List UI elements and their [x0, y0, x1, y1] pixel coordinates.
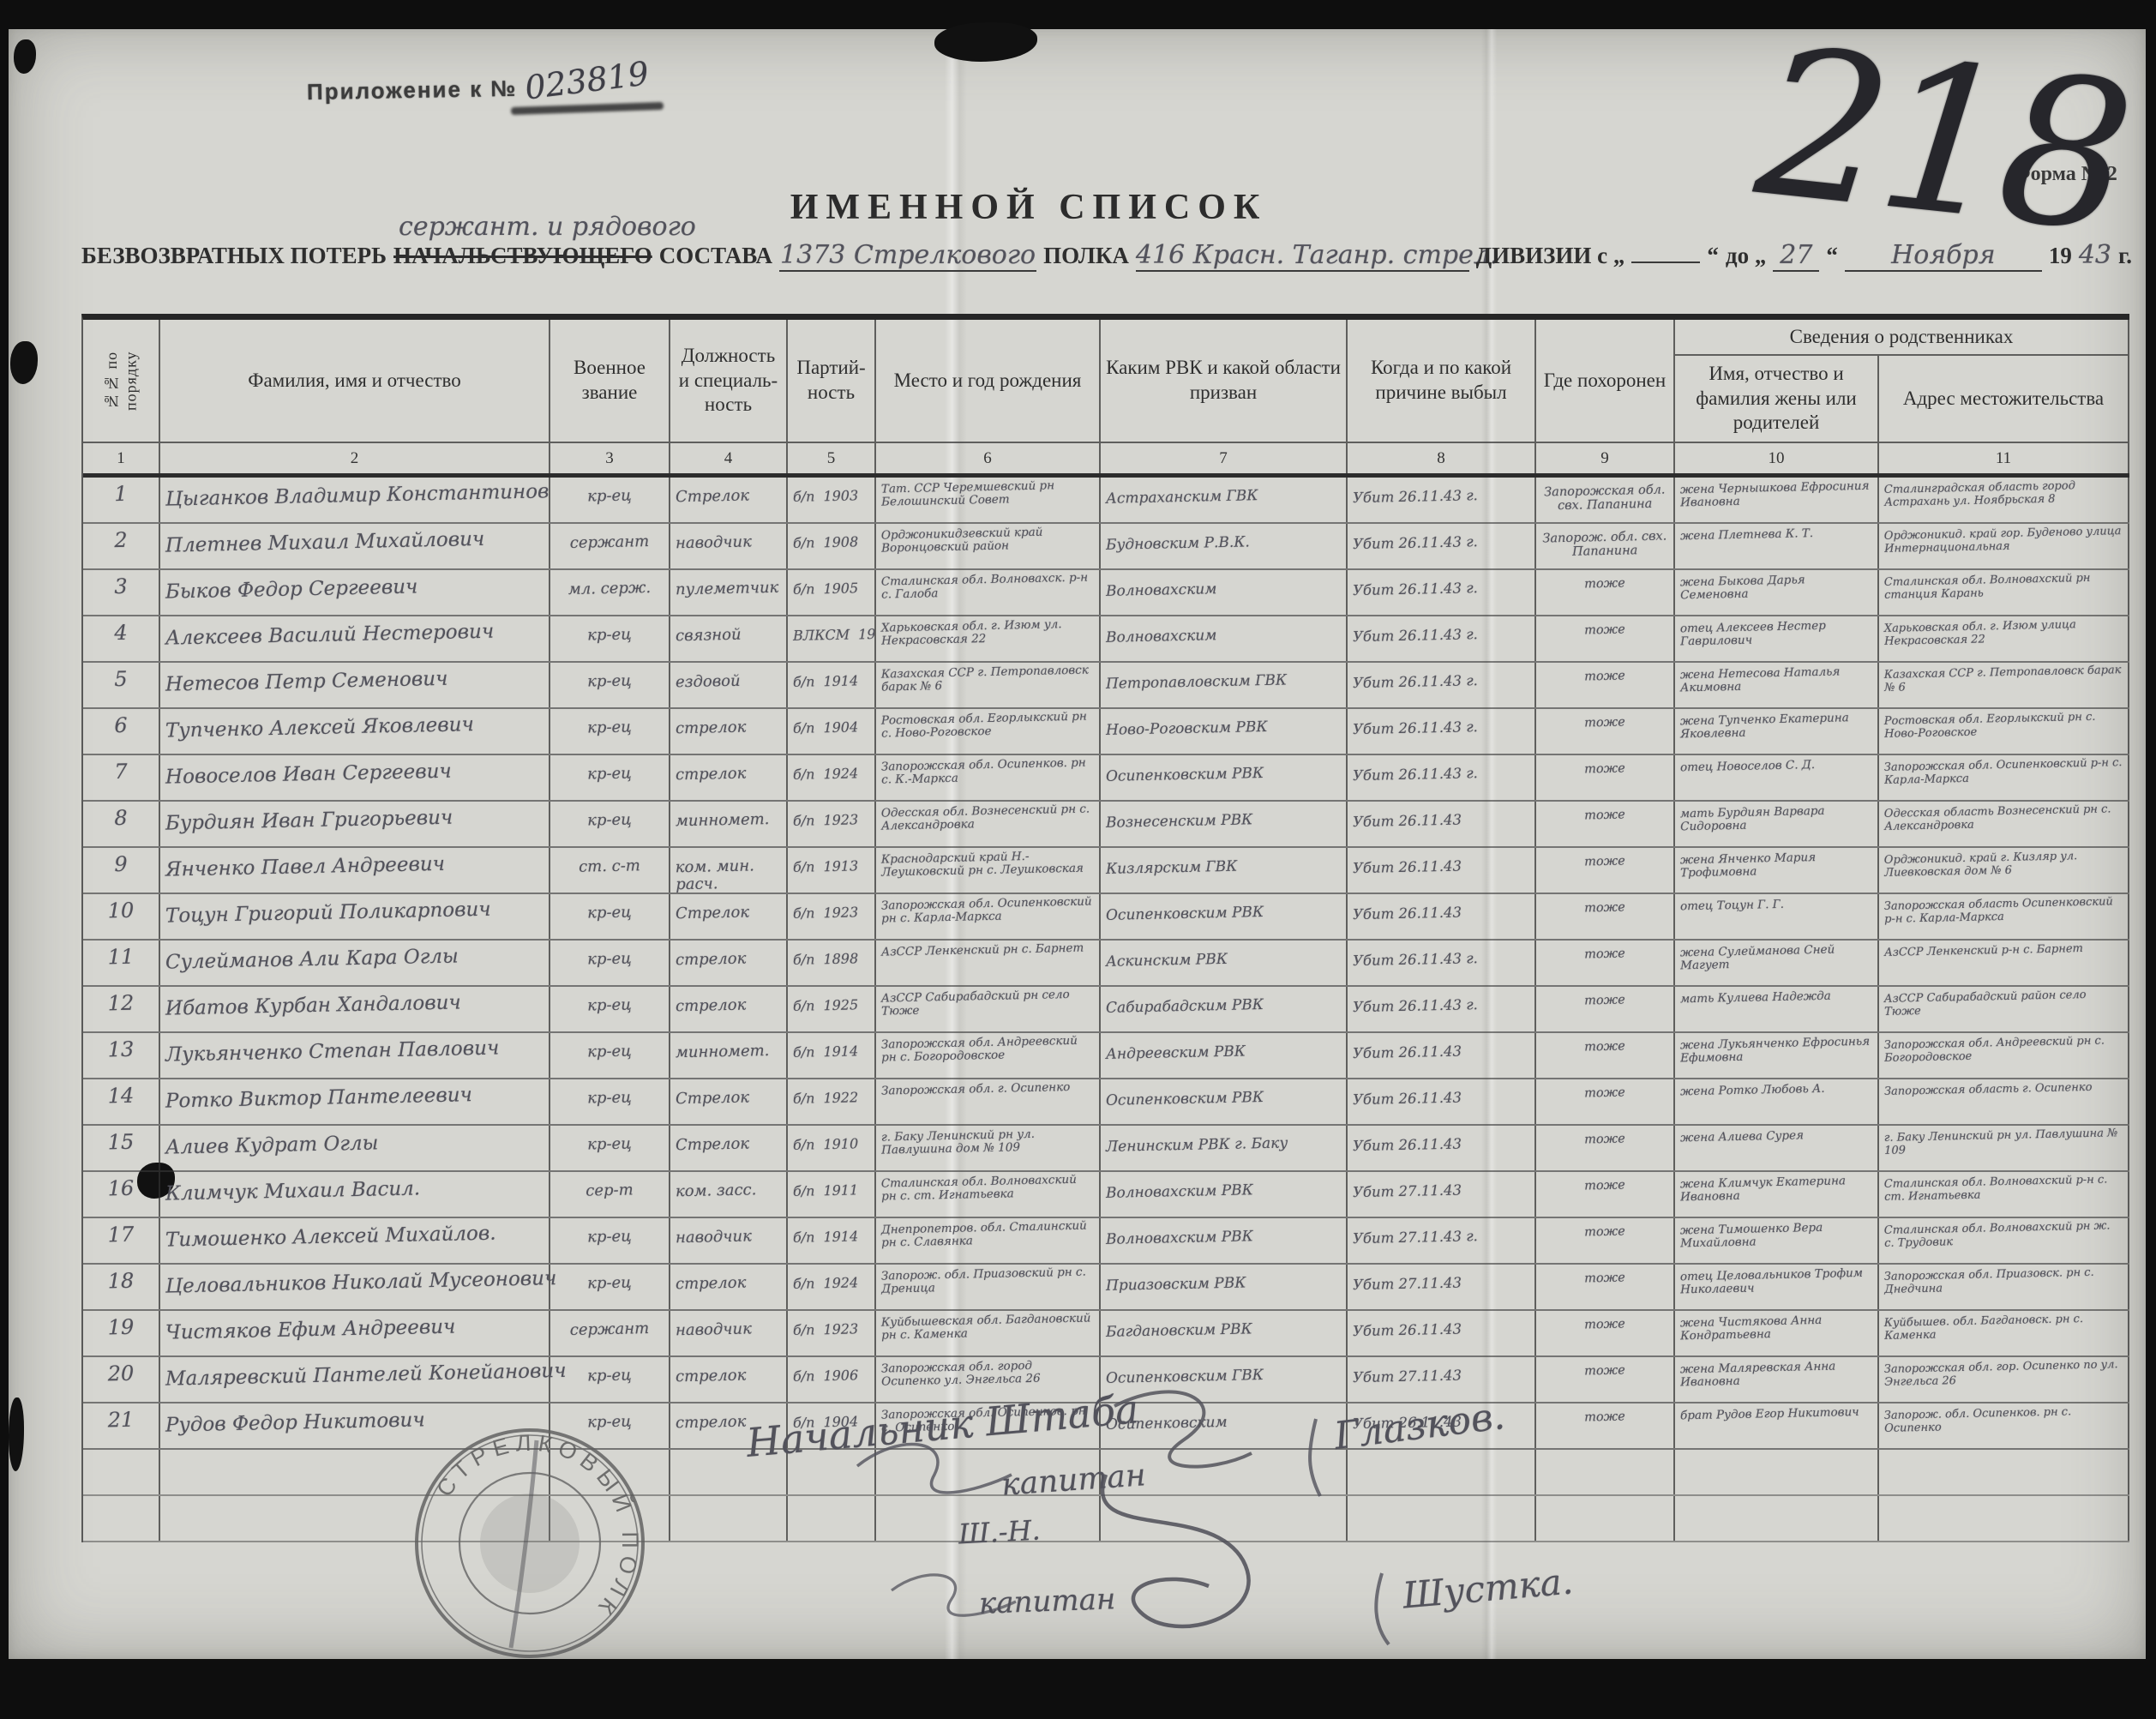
cell-party-year: б/п 1905 [788, 570, 876, 615]
cell-name: Бурдиян Иван Григорьевич [160, 802, 550, 846]
cell-party-year: б/п 1903 [788, 478, 876, 522]
cell-kin: мать Кулиева Надежда [1675, 987, 1879, 1031]
cell-fate: Убит 26.11.43 [1348, 848, 1536, 893]
division-handwritten: 416 Красн. Таганр. стрел. [1136, 240, 1469, 272]
cell-rank: кр-ец [550, 1079, 670, 1124]
cell-fate: Убит 26.11.43 [1348, 1033, 1536, 1078]
cell-name: Янченко Павел Андреевич [160, 848, 550, 893]
subtitle-to: до „ [1726, 243, 1766, 269]
cell-rank: мл. серж. [550, 570, 670, 615]
table-row: 8 Бурдиян Иван Григорьевич кр-ец минноме… [83, 802, 2129, 848]
cell-row-number: 8 [83, 802, 160, 846]
regiment-round-stamp: СТРЕЛКОВЫЙ ПОЛК [401, 1415, 658, 1672]
cell-grave: тоже [1536, 987, 1675, 1031]
cell-birthplace: Сталинская обл. Волновахск. р-н с. Галоб… [876, 570, 1101, 615]
cell-rank: кр-ец [550, 616, 670, 661]
cell-kin: жена Сулейманова Сней Магует [1675, 941, 1879, 985]
col-number: 10 [1675, 443, 1879, 473]
cell-party-year: б/п 1913 [788, 848, 876, 893]
cell-fate: Убит 26.11.43 г. [1348, 709, 1536, 754]
table-row: 17 Тимошенко Алексей Михайлов. кр-ец нав… [83, 1218, 2129, 1265]
cell-fate: Убит 26.11.43 [1348, 1126, 1536, 1170]
cell-birthplace: Запорожская обл. Осипенковский рн с. Кар… [876, 894, 1101, 939]
cell-name: Тупченко Алексей Яковлевич [160, 709, 550, 754]
cell-party-year: б/п 1924 [788, 1265, 876, 1309]
cell-duty: стрелок [670, 1265, 788, 1309]
cell-name: Плетнев Михаил Михайлович [160, 524, 550, 568]
cell-party-year: б/п 1910 [788, 1126, 876, 1170]
cell-rank: ст. с-т [550, 848, 670, 893]
cell-party-year: б/п 1911 [788, 1172, 876, 1217]
cell-duty: Стрелок [670, 478, 788, 522]
table-row: 11 Сулейманов Али Кара Оглы кр-ец стрело… [83, 941, 2129, 987]
cell-duty: Стрелок [670, 1079, 788, 1124]
subtitle-division: ДИВИЗИИ с „ [1476, 243, 1625, 269]
cell-row-number: 13 [83, 1033, 160, 1078]
cell-row-number: 6 [83, 709, 160, 754]
cell-kin: жена Нетесова Наталья Акимовна [1675, 663, 1879, 707]
cell-duty: ездовой [670, 663, 788, 707]
cell-party-year: ВЛКСМ 1924 [788, 616, 876, 661]
cell-rvk: Волновахским [1101, 570, 1348, 615]
cell-birthplace: г. Баку Ленинский рн ул. Павлушина дом №… [876, 1126, 1101, 1170]
cell-address: Запорожская обл. гор. Осипенко по ул. Эн… [1879, 1357, 2129, 1402]
col-number: 5 [788, 443, 876, 473]
col-number: 4 [670, 443, 788, 473]
cell-fate: Убит 26.11.43 г. [1348, 941, 1536, 985]
cell-rvk: Андреевским РВК [1101, 1033, 1348, 1078]
cell-fate: Убит 26.11.43 г. [1348, 570, 1536, 615]
table-row: 16 Климчук Михаил Васил. сер-т ком. засс… [83, 1172, 2129, 1218]
cell-kin: отец Новоселов С. Д. [1675, 755, 1879, 800]
subtitle-polka: ПОЛКА [1043, 243, 1129, 269]
cell-duty: связной [670, 616, 788, 661]
cell-address: Харьковская обл. г. Изюм улица Некрасовс… [1879, 616, 2129, 661]
cell-grave: Запорож. обл. свх. Папанина [1536, 524, 1675, 568]
cell-rvk: Кизлярским ГВК [1101, 848, 1348, 893]
cell-address: Куйбышев. обл. Багдановск. рн с. Каменка [1879, 1311, 2129, 1355]
cell-row-number: 19 [83, 1311, 160, 1355]
page-number: 218 [1750, 26, 2132, 256]
table-row: 10 Тоцун Григорий Поликарпович кр-ец Стр… [83, 894, 2129, 941]
cell-duty: Стрелок [670, 1126, 788, 1170]
cell-address: г. Баку Ленинский рн ул. Павлушина № 109 [1879, 1126, 2129, 1170]
cell-kin: жена Чернышкова Ефросиния Ивановна [1675, 478, 1879, 522]
cell-address: Казахская ССР г. Петропавловск барак № 6 [1879, 663, 2129, 707]
cell-duty [670, 1496, 788, 1541]
table-row: 12 Ибатов Курбан Хандалович кр-ец стрело… [83, 987, 2129, 1033]
cell-kin: отец Целовальников Трофим Николаевич [1675, 1265, 1879, 1309]
chief-initials: Ш.-Н. [958, 1514, 1041, 1551]
cell-kin: отец Алексеев Нестер Гаврилович [1675, 616, 1879, 661]
cell-address: Запорож. обл. Осипенков. рн с. Осипенко [1879, 1403, 2129, 1448]
cell-row-number: 12 [83, 987, 160, 1031]
cell-name: Целовальников Николай Мусеонович [160, 1265, 550, 1309]
cell-name: Алиев Кудрат Оглы [160, 1126, 550, 1170]
cell-address: Запорожская область Осипенковский р-н с.… [1879, 894, 2129, 939]
cell-rvk: Багдановским РВК [1101, 1311, 1348, 1355]
cell-kin: жена Климчук Екатерина Ивановна [1675, 1172, 1879, 1217]
cell-kin: жена Тимошенко Вера Михайловна [1675, 1218, 1879, 1263]
cell-duty: пулеметчик [670, 570, 788, 615]
cell-grave: тоже [1536, 755, 1675, 800]
cell-name: Тимошенко Алексей Михайлов. [160, 1218, 550, 1263]
cell-row-number [83, 1496, 160, 1541]
cell-birthplace: Тат. ССР Черемшевский рн Белошинский Сов… [876, 478, 1101, 522]
cell-address [1879, 1450, 2129, 1494]
col-number: 3 [550, 443, 670, 473]
cell-party-year: б/п 1904 [788, 709, 876, 754]
cell-grave: Запорожская обл. свх. Папанина [1536, 478, 1675, 522]
cell-row-number: 3 [83, 570, 160, 615]
cell-kin: жена Ротко Любовь А. [1675, 1079, 1879, 1124]
cell-name: Нетесов Петр Семенович [160, 663, 550, 707]
cell-name: Чистяков Ефим Андреевич [160, 1311, 550, 1355]
table-row: 18 Целовальников Николай Мусеонович кр-е… [83, 1265, 2129, 1311]
cell-kin: жена Плетнева К. Т. [1675, 524, 1879, 568]
cell-rank: кр-ец [550, 987, 670, 1031]
cell-duty: ком. засс. [670, 1172, 788, 1217]
cell-birthplace: АзССР Ленкенский рн с. Барнет [876, 941, 1101, 985]
col-number: 9 [1536, 443, 1675, 473]
cell-grave: тоже [1536, 1311, 1675, 1355]
cell-row-number: 20 [83, 1357, 160, 1402]
cell-fate: Убит 26.11.43 г. [1348, 616, 1536, 661]
table-row: 7 Новоселов Иван Сергеевич кр-ец стрелок… [83, 755, 2129, 802]
cell-grave [1536, 1496, 1675, 1541]
cell-row-number: 16 [83, 1172, 160, 1217]
header-cell-kin: Имя, отчество и фамилия жены или родител… [1675, 356, 1879, 442]
cell-grave: тоже [1536, 941, 1675, 985]
cell-birthplace: Краснодарский край Н.-Леушковский рн с. … [876, 848, 1101, 893]
cell-duty: стрелок [670, 755, 788, 800]
cell-fate: Убит 27.11.43 [1348, 1172, 1536, 1217]
cell-duty: наводчик [670, 1218, 788, 1263]
table-row: 2 Плетнев Михаил Михайлович сержант наво… [83, 524, 2129, 570]
header-cell-num: №№ по порядку [83, 320, 160, 442]
cell-party-year: б/п 1923 [788, 894, 876, 939]
cell-birthplace: Ростовская обл. Егорлыкский рн с. Ново-Р… [876, 709, 1101, 754]
cell-row-number: 9 [83, 848, 160, 893]
cell-name: Лукьянченко Степан Павлович [160, 1033, 550, 1078]
cell-duty: наводчик [670, 524, 788, 568]
cell-fate: Убит 27.11.43 [1348, 1265, 1536, 1309]
cell-name: Быков Федор Сергеевич [160, 570, 550, 615]
cell-name: Алексеев Василий Нестерович [160, 616, 550, 661]
cell-rank: кр-ец [550, 663, 670, 707]
struck-word-wrap: НАЧАЛЬСТВУЮЩЕГО сержант. и рядового [393, 243, 652, 269]
cell-name: Ибатов Курбан Хандалович [160, 987, 550, 1031]
cell-address: Сталинская обл. Волновахский рн станция … [1879, 570, 2129, 615]
cell-kin [1675, 1450, 1879, 1494]
cell-kin: мать Бурдиян Варвара Сидоровна [1675, 802, 1879, 846]
cell-kin: отец Тоцун Г. Г. [1675, 894, 1879, 939]
header-cell-name: Фамилия, имя и отчество [160, 320, 550, 442]
cell-duty: стрелок [670, 987, 788, 1031]
cell-row-number: 2 [83, 524, 160, 568]
cell-grave: тоже [1536, 1403, 1675, 1448]
scanned-document: Приложение к № 023819 ИМЕННОЙ СПИСОК Фор… [0, 0, 2156, 1719]
cell-rvk: Астраханским ГВК [1101, 478, 1348, 522]
cell-address: Сталинградская область город Астрахань у… [1879, 478, 2129, 522]
subtitle-lead: БЕЗВОЗВРАТНЫХ ПОТЕРЬ [81, 243, 387, 269]
cell-address: Ростовская обл. Егорлыкский рн с. Ново-Р… [1879, 709, 2129, 754]
cell-rvk: Волновахским РВК [1101, 1218, 1348, 1263]
cell-rank: кр-ец [550, 1357, 670, 1402]
cell-rank: кр-ец [550, 1126, 670, 1170]
cell-row-number: 18 [83, 1265, 160, 1309]
cell-address: Запорожская обл. Андреевский рн с. Богор… [1879, 1033, 2129, 1078]
table-row: 3 Быков Федор Сергеевич мл. серж. пулеме… [83, 570, 2129, 616]
cell-duty: минномет. [670, 1033, 788, 1078]
blank-from-date [1631, 261, 1700, 263]
cell-duty: минномет. [670, 802, 788, 846]
cell-birthplace: Казахская ССР г. Петропавловск барак № 6 [876, 663, 1101, 707]
header-relatives-group-label: Сведения о родственниках [1675, 320, 2129, 356]
cell-party-year: б/п 1925 [788, 987, 876, 1031]
regiment-handwritten: 1373 Стрелкового [779, 240, 1036, 272]
subtitle-quote: “ [1707, 243, 1719, 269]
cell-address: Одесская область Вознесенский рн с. Алек… [1879, 802, 2129, 846]
cell-party-year: б/п 1923 [788, 802, 876, 846]
cell-duty: Стрелок [670, 894, 788, 939]
cell-rvk: Вознесенским РВК [1101, 802, 1348, 846]
cell-grave: тоже [1536, 1218, 1675, 1263]
subtitle-year-suffix: г. [2118, 243, 2132, 269]
cell-birthplace: Одесская обл. Вознесенский рн с. Алексан… [876, 802, 1101, 846]
cell-rank: кр-ец [550, 478, 670, 522]
cell-birthplace: Орджоникидзевский край Воронцовский райо… [876, 524, 1101, 568]
cell-fate: Убит 26.11.43 г. [1348, 524, 1536, 568]
cell-fate: Убит 26.11.43 [1348, 894, 1536, 939]
cell-duty: стрелок [670, 941, 788, 985]
cell-rvk: Осипенковским РВК [1101, 894, 1348, 939]
cell-rank: кр-ец [550, 894, 670, 939]
scan-edge-left [0, 0, 9, 1719]
table-row: 4 Алексеев Василий Нестерович кр-ец связ… [83, 616, 2129, 663]
attachment-stamp: Приложение к № [307, 75, 518, 105]
cell-address: Сталинская обл. Волновахский рн ж. с. Тр… [1879, 1218, 2129, 1263]
cell-party-year: б/п 1908 [788, 524, 876, 568]
cell-rvk: Волновахским РВК [1101, 1172, 1348, 1217]
cell-rank: кр-ец [550, 709, 670, 754]
header-cell-grave: Где похоронен [1536, 320, 1675, 442]
table-row: 1 Цыганков Владимир Константинов кр-ец С… [83, 478, 2129, 524]
cell-grave: тоже [1536, 848, 1675, 893]
cell-address: АзССР Ленкенский р-н с. Барнет [1879, 941, 2129, 985]
header-cell-rank: Военное звание [550, 320, 670, 442]
cell-kin: жена Алиева Сурея [1675, 1126, 1879, 1170]
cell-duty: наводчик [670, 1311, 788, 1355]
cell-rvk: Будновским Р.В.К. [1101, 524, 1348, 568]
cell-row-number: 10 [83, 894, 160, 939]
cell-party-year: б/п 1924 [788, 755, 876, 800]
cell-birthplace: Запорож. обл. Приазовский рн с. Дреница [876, 1265, 1101, 1309]
cell-party-year: б/п 1898 [788, 941, 876, 985]
col-number: 2 [160, 443, 550, 473]
column-numbers-row: 1 2 3 4 5 6 7 8 9 10 11 [83, 443, 2129, 478]
cell-grave: тоже [1536, 802, 1675, 846]
cell-rvk: Петропавловским ГВК [1101, 663, 1348, 707]
cell-rank: кр-ец [550, 802, 670, 846]
scan-edge-right [2146, 0, 2156, 1719]
cell-fate: Убит 26.11.43 г. [1348, 663, 1536, 707]
cell-grave: тоже [1536, 1033, 1675, 1078]
cell-birthplace: Запорожская обл. г. Осипенко [876, 1079, 1101, 1124]
cell-party-year: б/п 1923 [788, 1311, 876, 1355]
cell-grave: тоже [1536, 1172, 1675, 1217]
cell-duty: стрелок [670, 1357, 788, 1402]
cell-rank: кр-ец [550, 755, 670, 800]
cell-name: Цыганков Владимир Константинов [160, 478, 550, 522]
cell-rank: сержант [550, 524, 670, 568]
cell-address: АзССР Сабирабадский район село Тюже [1879, 987, 2129, 1031]
cell-grave: тоже [1536, 1126, 1675, 1170]
casualty-table: №№ по порядку Фамилия, имя и отчество Во… [81, 314, 2129, 1542]
cell-name: Маляревский Пантелей Конейанович [160, 1357, 550, 1402]
cell-kin: жена Тупченко Екатерина Яковлевна [1675, 709, 1879, 754]
cell-fate: Убит 26.11.43 [1348, 1079, 1536, 1124]
col-number: 7 [1101, 443, 1348, 473]
header-cell-fate: Когда и по какой причине выбыл [1348, 320, 1536, 442]
cell-party-year: б/п 1914 [788, 663, 876, 707]
cell-row-number: 5 [83, 663, 160, 707]
cell-address: Орджоникид. край г. Кизляр ул. Лиевковск… [1879, 848, 2129, 893]
cell-birthplace: Сталинская обл. Волновахский рн с. ст. И… [876, 1172, 1101, 1217]
header-cell-rvk: Каким РВК и какой области призван [1101, 320, 1348, 442]
cell-rvk: Ленинским РВК г. Баку [1101, 1126, 1348, 1170]
cell-grave: тоже [1536, 1265, 1675, 1309]
cell-duty: стрелок [670, 709, 788, 754]
table-row: 14 Ротко Виктор Пантелеевич кр-ец Стрело… [83, 1079, 2129, 1126]
cell-party-year: б/п 1914 [788, 1218, 876, 1263]
cell-row-number: 17 [83, 1218, 160, 1263]
cell-address: Запорожская обл. Осипенковский р-н с. Ка… [1879, 755, 2129, 800]
table-header: №№ по порядку Фамилия, имя и отчество Во… [83, 320, 2129, 443]
col-number: 11 [1879, 443, 2129, 473]
header-cell-party: Партий- ность [788, 320, 876, 442]
cell-grave: тоже [1536, 894, 1675, 939]
cell-fate: Убит 26.11.43 г. [1348, 478, 1536, 522]
cell-rvk: Осипенковским РВК [1101, 1079, 1348, 1124]
cell-rank: сержант [550, 1311, 670, 1355]
cell-row-number: 11 [83, 941, 160, 985]
cell-grave: тоже [1536, 663, 1675, 707]
table-row: 15 Алиев Кудрат Оглы кр-ец Стрелок б/п 1… [83, 1126, 2129, 1172]
cell-name: Климчук Михаил Васил. [160, 1172, 550, 1217]
cell-rvk: Сабирабадским РВК [1101, 987, 1348, 1031]
cell-grave: тоже [1536, 616, 1675, 661]
table-row: 13 Лукьянченко Степан Павлович кр-ец мин… [83, 1033, 2129, 1079]
cell-row-number: 21 [83, 1403, 160, 1448]
cell-address [1879, 1496, 2129, 1541]
cell-rvk: Ново-Роговским РВК [1101, 709, 1348, 754]
cell-rank: кр-ец [550, 1033, 670, 1078]
cell-rank: сер-т [550, 1172, 670, 1217]
col-number: 1 [83, 443, 160, 473]
cell-kin: жена Маляревская Анна Ивановна [1675, 1357, 1879, 1402]
cell-kin: брат Рудов Егор Никитович [1675, 1403, 1879, 1448]
cell-address: Сталинская обл. Волновахский р-н с. ст. … [1879, 1172, 2129, 1217]
table-row: 9 Янченко Павел Андреевич ст. с-т ком. м… [83, 848, 2129, 894]
cell-party-year: б/п 1914 [788, 1033, 876, 1078]
cell-birthplace: Днепропетров. обл. Сталинский рн с. Слав… [876, 1218, 1101, 1263]
cell-rvk: Приазовским РВК [1101, 1265, 1348, 1309]
subtitle-sostava: СОСТАВА [659, 243, 772, 269]
cell-rank: кр-ец [550, 1218, 670, 1263]
cell-name: Новоселов Иван Сергеевич [160, 755, 550, 800]
table-row: 6 Тупченко Алексей Яковлевич кр-ец стрел… [83, 709, 2129, 755]
cell-grave: тоже [1536, 709, 1675, 754]
table-row: 5 Нетесов Петр Семенович кр-ец ездовой б… [83, 663, 2129, 709]
cell-birthplace: Куйбышевская обл. Багдановский рн с. Кам… [876, 1311, 1101, 1355]
cell-kin: жена Янченко Мария Трофимовна [1675, 848, 1879, 893]
cell-fate: Убит 26.11.43 г. [1348, 755, 1536, 800]
cell-birthplace: Харьковская обл. г. Изюм ул. Некрасовска… [876, 616, 1101, 661]
cell-grave: тоже [1536, 570, 1675, 615]
col-number: 8 [1348, 443, 1536, 473]
cell-row-number: 7 [83, 755, 160, 800]
cell-address: Запорожская область г. Осипенко [1879, 1079, 2129, 1124]
cell-birthplace: АзССР Сабирабадский рн село Тюже [876, 987, 1101, 1031]
cell-row-number: 14 [83, 1079, 160, 1124]
cell-kin: жена Лукьянченко Ефросинья Ефимовна [1675, 1033, 1879, 1078]
cell-birthplace: Запорожская обл. Осипенков. рн с. К.-Мар… [876, 755, 1101, 800]
cell-rank: кр-ец [550, 941, 670, 985]
cell-rvk: Аскинским РВК [1101, 941, 1348, 985]
cell-row-number: 1 [83, 478, 160, 522]
second-rank-label: капитан [978, 1582, 1116, 1621]
cell-rvk: Осипенковским РВК [1101, 755, 1348, 800]
cell-name: Тоцун Григорий Поликарпович [160, 894, 550, 939]
cell-kin [1675, 1496, 1879, 1541]
cell-grave: тоже [1536, 1079, 1675, 1124]
cell-row-number [83, 1450, 160, 1494]
cell-kin: жена Быкова Дарья Семеновна [1675, 570, 1879, 615]
cell-party-year: б/п 1922 [788, 1079, 876, 1124]
cell-fate: Убит 27.11.43 г. [1348, 1218, 1536, 1263]
header-cell-address: Адрес местожительства [1879, 356, 2129, 442]
cell-address: Запорожская обл. Приазовск. рн с. Днедчи… [1879, 1265, 2129, 1309]
table-row: 19 Чистяков Ефим Андреевич сержант навод… [83, 1311, 2129, 1357]
cell-grave [1536, 1450, 1675, 1494]
cell-row-number: 4 [83, 616, 160, 661]
cell-grave: тоже [1536, 1357, 1675, 1402]
cell-kin: жена Чистякова Анна Кондратьевна [1675, 1311, 1879, 1355]
cell-duty: ком. мин. расч. [670, 848, 788, 893]
header-group-relatives: Сведения о родственниках Имя, отчество и… [1675, 320, 2129, 442]
cell-row-number: 15 [83, 1126, 160, 1170]
header-cell-birth: Место и год рождения [876, 320, 1101, 442]
col-number: 6 [876, 443, 1101, 473]
cell-fate: Убит 26.11.43 г. [1348, 987, 1536, 1031]
header-cell-duty: Должность и специаль- ность [670, 320, 788, 442]
cell-fate: Убит 26.11.43 [1348, 802, 1536, 846]
cell-rvk: Волновахским [1101, 616, 1348, 661]
cell-birthplace: Запорожская обл. Андреевский рн с. Богор… [876, 1033, 1101, 1078]
struck-word: НАЧАЛЬСТВУЮЩЕГО [393, 243, 652, 268]
cell-name: Сулейманов Али Кара Оглы [160, 941, 550, 985]
cell-rank: кр-ец [550, 1265, 670, 1309]
cell-fate: Убит 26.11.43 [1348, 1311, 1536, 1355]
cell-name: Ротко Виктор Пантелеевич [160, 1079, 550, 1124]
handwritten-correction: сержант. и рядового [399, 212, 696, 242]
cell-address: Орджоникид. край гор. Буденово улица Инт… [1879, 524, 2129, 568]
